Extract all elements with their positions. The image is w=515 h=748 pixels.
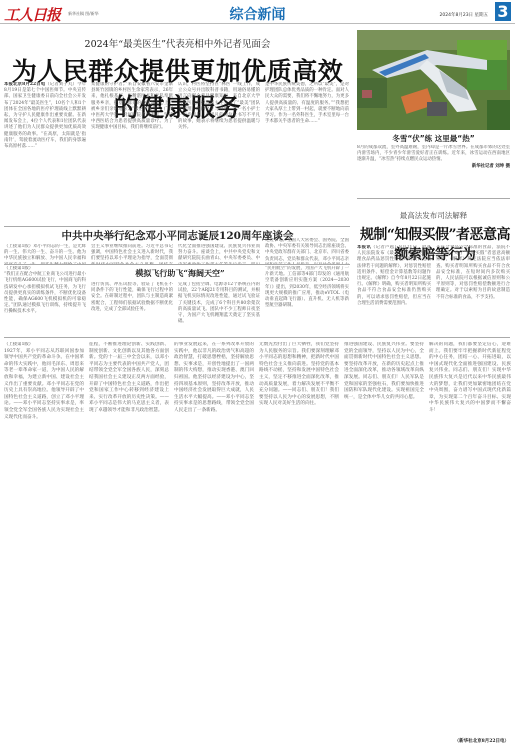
lead-kicker: 2024年“最美医生”代表亮相中外记者见面会 [0,36,355,50]
photo-text: 8月的成都双流，室外高温难耐，室内却是一片冰雪世界。在成都市郊的这处室内滑雪场内… [357,145,510,189]
mid-column-2: 会主义事业继续推向前进。习近平总书记强调，中国特色社会主义进入新时代，我们要坚持… [91,244,173,264]
lead-column-1: 本报北京8月22日电（记者刘子丸）今年8月19日是第七个中国医师节。中央宣传部、… [4,82,86,222]
photo-caption: 冬雪“伏”练 这里最“热” [357,133,510,144]
ski-resort-aerial-photo[interactable] [357,30,510,130]
masthead: 工人日报 新华社稿 图/新华 综合新闻 2024年8月23日 星期五 3 [0,0,515,24]
lead-column-4: 是中华民族传统美德，之所以“最美”，是对护理团队总体优秀品质的一种肯定。面对人民… [265,82,349,222]
mid-column-3: 代化全面推进强国建设、民族复兴伟业而努力奋斗。座谈会上，中共中央党史和文献研究院… [178,244,260,264]
law-dateline: 本报讯 [357,245,371,250]
divider [4,337,510,338]
sim-column-3: 完成了包括空调、电源等12个系统在内的试验，22个ARJ21专用科目的测试，并根… [178,282,260,324]
long-column-6: 解决的问题，我们都要坚定信心，迎难而上。我们要牢牢把握新时代新征程党的中心任务，… [429,342,511,734]
section-title: 综合新闻 [0,4,515,24]
law-column-1: 本报讯（记者卢越）8月21日，最高人民法院发布《最高人民法院关于审理食品药品惩罚… [357,245,431,333]
long-column-4: 无数先烈付出了巨大牺牲，我们党坚持为人民服务的宗旨。我们要深刻理解邓小平同志的思… [259,342,339,742]
lead-column-3: 认识，村医将坚持在“林医”一线工作，成立公众号并出版科普书籍，用通俗易懂的语言向… [178,82,260,222]
long-column-2: 征程，不断推进理论创新、实践创新、制度创新、文化创新以及其他各方面创新。党的十一… [89,342,169,742]
mid-column-4: 记处书记、全国人大常委会、国务院、全国政协、中央军委有关领导同志出席座谈会。中央… [265,238,349,264]
source-credit: （新华社北京8月22日电） [455,738,509,744]
lead-dateline: 本报北京8月22日电 [4,82,45,87]
sim-column-2: 进行仿真、冲压试验等，验证了飞机在不同条件下的飞行性能，确保飞行过程中的安全。在… [91,282,173,324]
mid-column-1: （上接第1版）邓小平同志的一生，是光辉的一生、伟大的一生、奋斗的一生。他为中华民… [4,244,86,264]
byline: （上接第1版） [4,342,84,349]
law-kicker: 最高法发布司法解释 [357,210,510,221]
photo-credit: 新华社记者 刘坤 摄 [357,164,510,170]
divider [4,226,350,227]
aerial-photo-image [357,30,510,130]
sim-column-4: “民用航空”的发展，为国产大飞机开辟了一片新天地。工信部等4部门印发的《通用航空… [265,266,349,324]
divider [4,264,350,265]
long-column-5: 推进强国建设、民族复兴伟业。要坚持党的全面领导，坚持以人民为中心，全面贯彻新时代… [344,342,424,742]
issue-date: 2024年8月23日 星期五 [440,12,488,18]
page-number-badge: 3 [495,2,511,21]
long-column-3: 的事业发展起来，在一系列改革开放的实践中，他以非凡的政治勇气和高超的政治智慧，打… [174,342,254,742]
sim-column-1: （上接第1版） “我们正在配合中航工业商飞公司进行最小飞行机组AG600试验飞行… [4,266,86,324]
sim-flight-headline[interactable]: 模拟飞行助飞“海阔天空” [80,268,280,279]
long-column-1: （上接第1版） 1927年，邓小平同志从苏联回国参加领导中国共产党的革命斗争。在… [4,342,84,742]
lead-column-2: 众健康的守护者。”来自安徽省六安市金寨县斑竹园镇的乡村医生余家常表示，26年来，… [91,82,173,222]
law-column-2: 不符合食品安全标准的食品，法院不予支持。对于“知假买假”者恶意高额索赔，《解释》… [436,245,510,333]
divider [357,198,510,199]
